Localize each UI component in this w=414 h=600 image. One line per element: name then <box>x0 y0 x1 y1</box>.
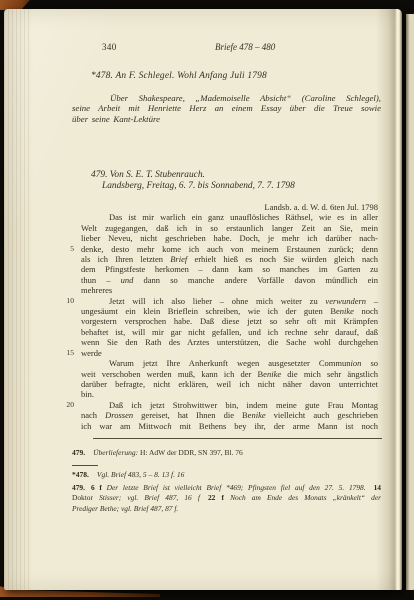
summary-line-1: Über Shakespeare, „Mademoiselle Absicht“… <box>72 93 381 103</box>
footnote-separator-rule <box>93 438 382 439</box>
apparatus-separator-rule <box>72 465 98 466</box>
letter-line-12: vorgestern versprochen habe. Daß diese j… <box>81 316 378 326</box>
letter-478-summary: Über Shakespeare, „Mademoiselle Absicht“… <box>72 93 381 124</box>
letter-line-10: Jetzt will ich also lieber – ohne mich w… <box>81 296 378 306</box>
letter-479-heading-line-2: Landsberg, Freitag, 6. 7. bis Sonnabend,… <box>91 181 295 192</box>
dateline: Landsb. a. d. W. d. 6ten Jul. 1798 <box>81 202 378 212</box>
letter-line-07: dem Pfingstfeste herkomen – dann kam so … <box>81 264 378 274</box>
letter-line-16: Warum jetzt Ihre Anherkunft wegen ausges… <box>81 358 378 368</box>
book-page: 340 Briefe 478 – 480 *478. An F. Schlege… <box>4 9 402 590</box>
opposite-page-edge <box>406 14 414 590</box>
page-number: 340 <box>102 42 117 52</box>
letter-line-13: behaftet ist, will mir gar nicht gefalle… <box>81 327 378 337</box>
apparatus-479: 479.6 f Der letzte Brief ist vielleicht … <box>72 483 381 514</box>
letter-line-15: werde <box>81 348 378 358</box>
letter-479-heading-line-1: 479. Von S. E. T. Stubenrauch. <box>91 170 295 181</box>
summary-line-2: seine Arbeit mit Henriette Herz an einem… <box>72 103 381 113</box>
letter-479-body: 5 10 15 20 Landsb. a. d. W. d. 6ten Jul.… <box>81 202 378 431</box>
letter-line-18: darüber befragte, nicht erklären, weil i… <box>81 379 378 389</box>
margin-line-number-15: 15 <box>58 348 74 358</box>
running-title: Briefe 478 – 480 <box>215 42 275 52</box>
apparatus-line-3: Prediger Bethe; vgl. Brief 487, 87 f. <box>72 504 381 514</box>
letter-line-19: bin. <box>81 389 378 399</box>
letter-line-14: wenn Sie den Rath des Arztes unterstütze… <box>81 337 378 347</box>
letter-line-11: ungesäumt ein klein Brieflein schreiben,… <box>81 306 378 316</box>
margin-line-number-20: 20 <box>58 400 74 410</box>
margin-line-number-10: 10 <box>58 296 74 306</box>
letter-479-heading: 479. Von S. E. T. Stubenrauch. Landsberg… <box>91 170 295 192</box>
letter-line-04: lieber Neveu, nicht geschrieben habe. Do… <box>81 233 378 243</box>
letter-line-06: als ich Ihren letzten Brief erhielt hieß… <box>81 254 378 264</box>
summary-line-3: über seine Kant-Lektüre <box>72 114 381 124</box>
letter-478-heading: *478. An F. Schlegel. Wohl Anfang Juli 1… <box>91 71 267 81</box>
letter-line-02: Das ist mir warlich ein ganz unauflöslic… <box>81 212 378 222</box>
letter-line-21: nach Drossen gereiset, hat Ihnen die Ben… <box>81 410 378 420</box>
margin-line-number-5: 5 <box>58 244 74 254</box>
footnote-ref-478: *478.Vgl. Brief 483, 5 – 8. 13 f. 16 <box>72 470 381 480</box>
letter-line-08: thun – und dann so manche andere Vorfäll… <box>81 275 378 285</box>
letter-line-22: ich war am Mittwoch mit Bethens bey ihr,… <box>81 421 378 431</box>
apparatus-line-1: 479.6 f Der letzte Brief ist vielleicht … <box>72 483 381 493</box>
letter-line-09: mehreres <box>81 285 378 295</box>
letter-line-05: denke, desto mehr kome ich auch von mein… <box>81 244 378 254</box>
letter-line-03: Welt zugegangen, daß ich in so erstaunli… <box>81 223 378 233</box>
letter-line-17: weit verschoben werden muß, kann ich der… <box>81 369 378 379</box>
screenshot-root: { "meta": { "kind": "scanned-book-page" … <box>0 0 414 600</box>
footnote-ueberlieferung: 479.Überlieferung: H: AdW der DDR, SN 39… <box>72 448 381 458</box>
apparatus-line-2: Doktor Stisser; vgl. Brief 487, 16 f22 f… <box>72 493 381 503</box>
letter-line-20: Daß ich jetzt Strohwittwer bin, indem me… <box>81 400 378 410</box>
